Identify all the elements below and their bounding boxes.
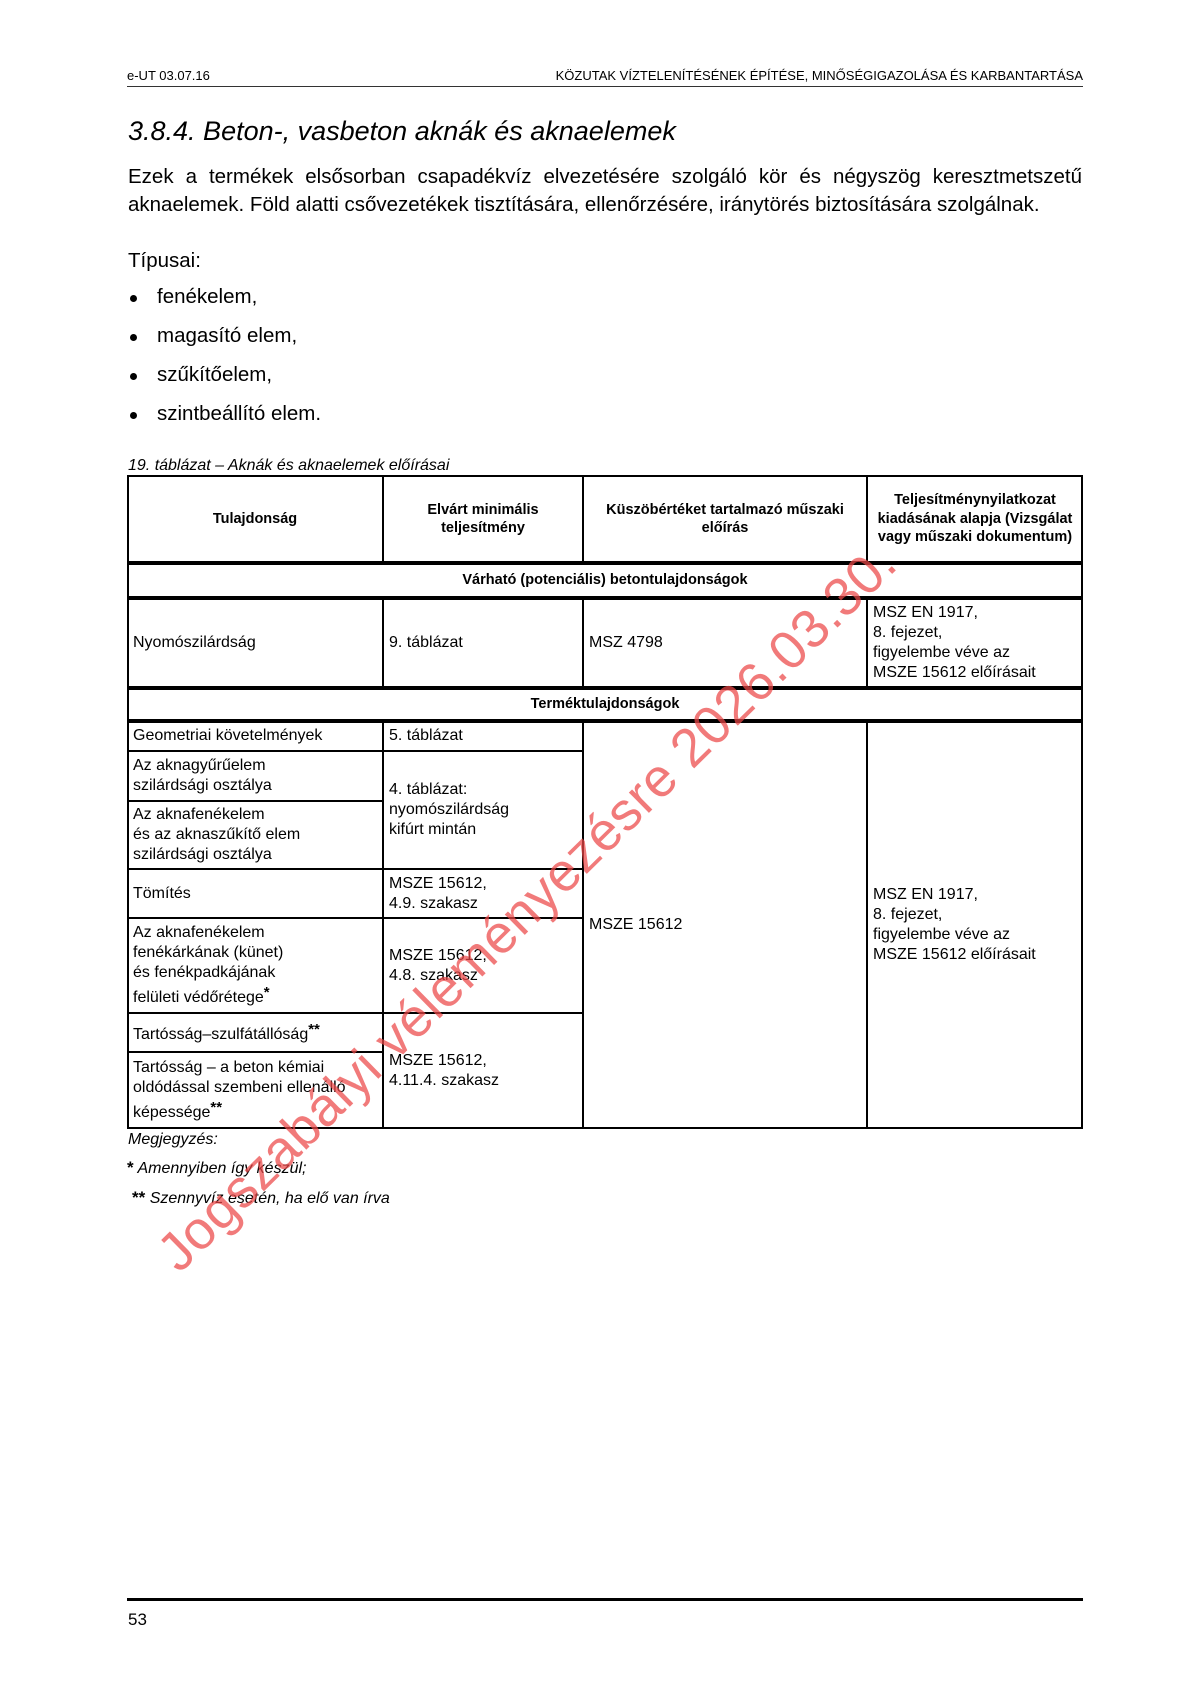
list-item: magasító elem, <box>128 324 321 363</box>
table-rule <box>127 750 383 752</box>
table-rule <box>127 596 1083 600</box>
table-rule <box>127 1051 383 1053</box>
min-performance-cell: 4. táblázat:nyomószilárdságkifúrt mintán <box>383 751 583 869</box>
table-rule <box>127 1012 383 1014</box>
note-marker: * <box>127 1158 134 1177</box>
table-rule <box>127 917 383 919</box>
table-rule <box>382 475 384 563</box>
property-cell: Az aknafenékelemfenékárkának (künet)és f… <box>127 918 383 1013</box>
table-rule <box>127 686 1083 690</box>
section-paragraph: Ezek a termékek elsősorban csapadékvíz e… <box>128 163 1082 219</box>
table-cell: MSZ EN 1917,8. fejezet,figyelembe véve a… <box>867 598 1083 688</box>
note-marker: ** <box>132 1188 145 1207</box>
section-title: 3.8.4. Beton-, vasbeton aknák és aknaele… <box>128 116 676 147</box>
table-rule <box>127 800 383 802</box>
table-rule <box>127 561 1083 565</box>
table-cell: 9. táblázat <box>383 598 583 688</box>
property-cell: Geometriai követelmények <box>127 721 383 751</box>
table-rule <box>383 917 583 919</box>
bullet-icon <box>130 334 137 341</box>
min-performance-cell: 5. táblázat <box>383 721 583 751</box>
table-rule <box>127 475 1083 477</box>
header-rule <box>127 86 1083 87</box>
min-performance-cell: MSZE 15612,4.8. szakasz <box>383 918 583 1013</box>
note-text: Amennyiben így készül; <box>137 1160 306 1177</box>
note-item: * Amennyiben így készül; <box>127 1158 306 1178</box>
property-cell: Tartósság – a beton kémiaioldódással sze… <box>127 1052 383 1128</box>
table-rule <box>127 868 383 870</box>
document-code: e-UT 03.07.16 <box>127 68 210 83</box>
page-number: 53 <box>128 1610 147 1630</box>
table-rule <box>582 721 584 1128</box>
group-header: Terméktulajdonságok <box>127 688 1083 721</box>
table-rule <box>866 598 868 688</box>
column-header: Tulajdonság <box>127 475 383 563</box>
footer-rule <box>127 1598 1083 1601</box>
note-item: ** Szennyvíz esetén, ha elő van írva <box>132 1188 390 1208</box>
column-header: Küszöbértéket tartalmazó műszaki előírás <box>583 475 867 563</box>
types-list: fenékelem, magasító elem, szűkítőelem, s… <box>128 285 321 441</box>
table-rule <box>127 1127 1083 1129</box>
table-caption: 19. táblázat – Aknák és aknaelemek előír… <box>128 457 449 475</box>
footnote-marker: * <box>264 984 270 1001</box>
list-item: szűkítőelem, <box>128 363 321 402</box>
table-rule <box>582 598 584 688</box>
table-rule <box>382 721 384 1128</box>
min-performance-cell: MSZE 15612,4.9. szakasz <box>383 869 583 918</box>
property-cell: Az aknafenékelemés az aknaszűkítő elemsz… <box>127 801 383 869</box>
table-cell: Nyomószilárdság <box>127 598 383 688</box>
footnote-marker: ** <box>210 1099 222 1116</box>
table-rule <box>1081 475 1083 1128</box>
note-text: Szennyvíz esetén, ha elő van írva <box>150 1190 390 1207</box>
table-rule <box>383 1012 583 1014</box>
spec-cell: MSZE 15612 <box>583 721 867 1128</box>
list-item: szintbeállító elem. <box>128 402 321 441</box>
types-label: Típusai: <box>128 249 201 273</box>
property-cell: Tartósság–szulfátállóság** <box>127 1013 383 1052</box>
table-rule <box>582 475 584 563</box>
basis-cell: MSZ EN 1917,8. fejezet,figyelembe véve a… <box>867 721 1083 1128</box>
table-rule <box>866 475 868 563</box>
table-rule <box>866 721 868 1128</box>
column-header: Elvárt minimális teljesítmény <box>383 475 583 563</box>
list-item: fenékelem, <box>128 285 321 324</box>
min-performance-cell: MSZE 15612,4.11.4. szakasz <box>383 1013 583 1128</box>
bullet-icon <box>130 373 137 380</box>
footnote-marker: ** <box>308 1021 320 1038</box>
bullet-icon <box>130 295 137 302</box>
table-rule <box>383 750 583 752</box>
table-rule <box>382 598 384 688</box>
bullet-icon <box>130 412 137 419</box>
property-cell: Tömítés <box>127 869 383 918</box>
property-cell: Az aknagyűrűelemszilárdsági osztálya <box>127 751 383 801</box>
group-header: Várható (potenciális) betontulajdonságok <box>127 563 1083 598</box>
table-rule <box>383 868 583 870</box>
column-header: Teljesítménynyilatkozat kiadásának alapj… <box>867 475 1083 563</box>
running-title: KÖZUTAK VÍZTELENÍTÉSÉNEK ÉPÍTÉSE, MINŐSÉ… <box>556 68 1083 83</box>
table-rule <box>127 719 1083 723</box>
notes-title: Megjegyzés: <box>128 1131 218 1149</box>
table-cell: MSZ 4798 <box>583 598 867 688</box>
